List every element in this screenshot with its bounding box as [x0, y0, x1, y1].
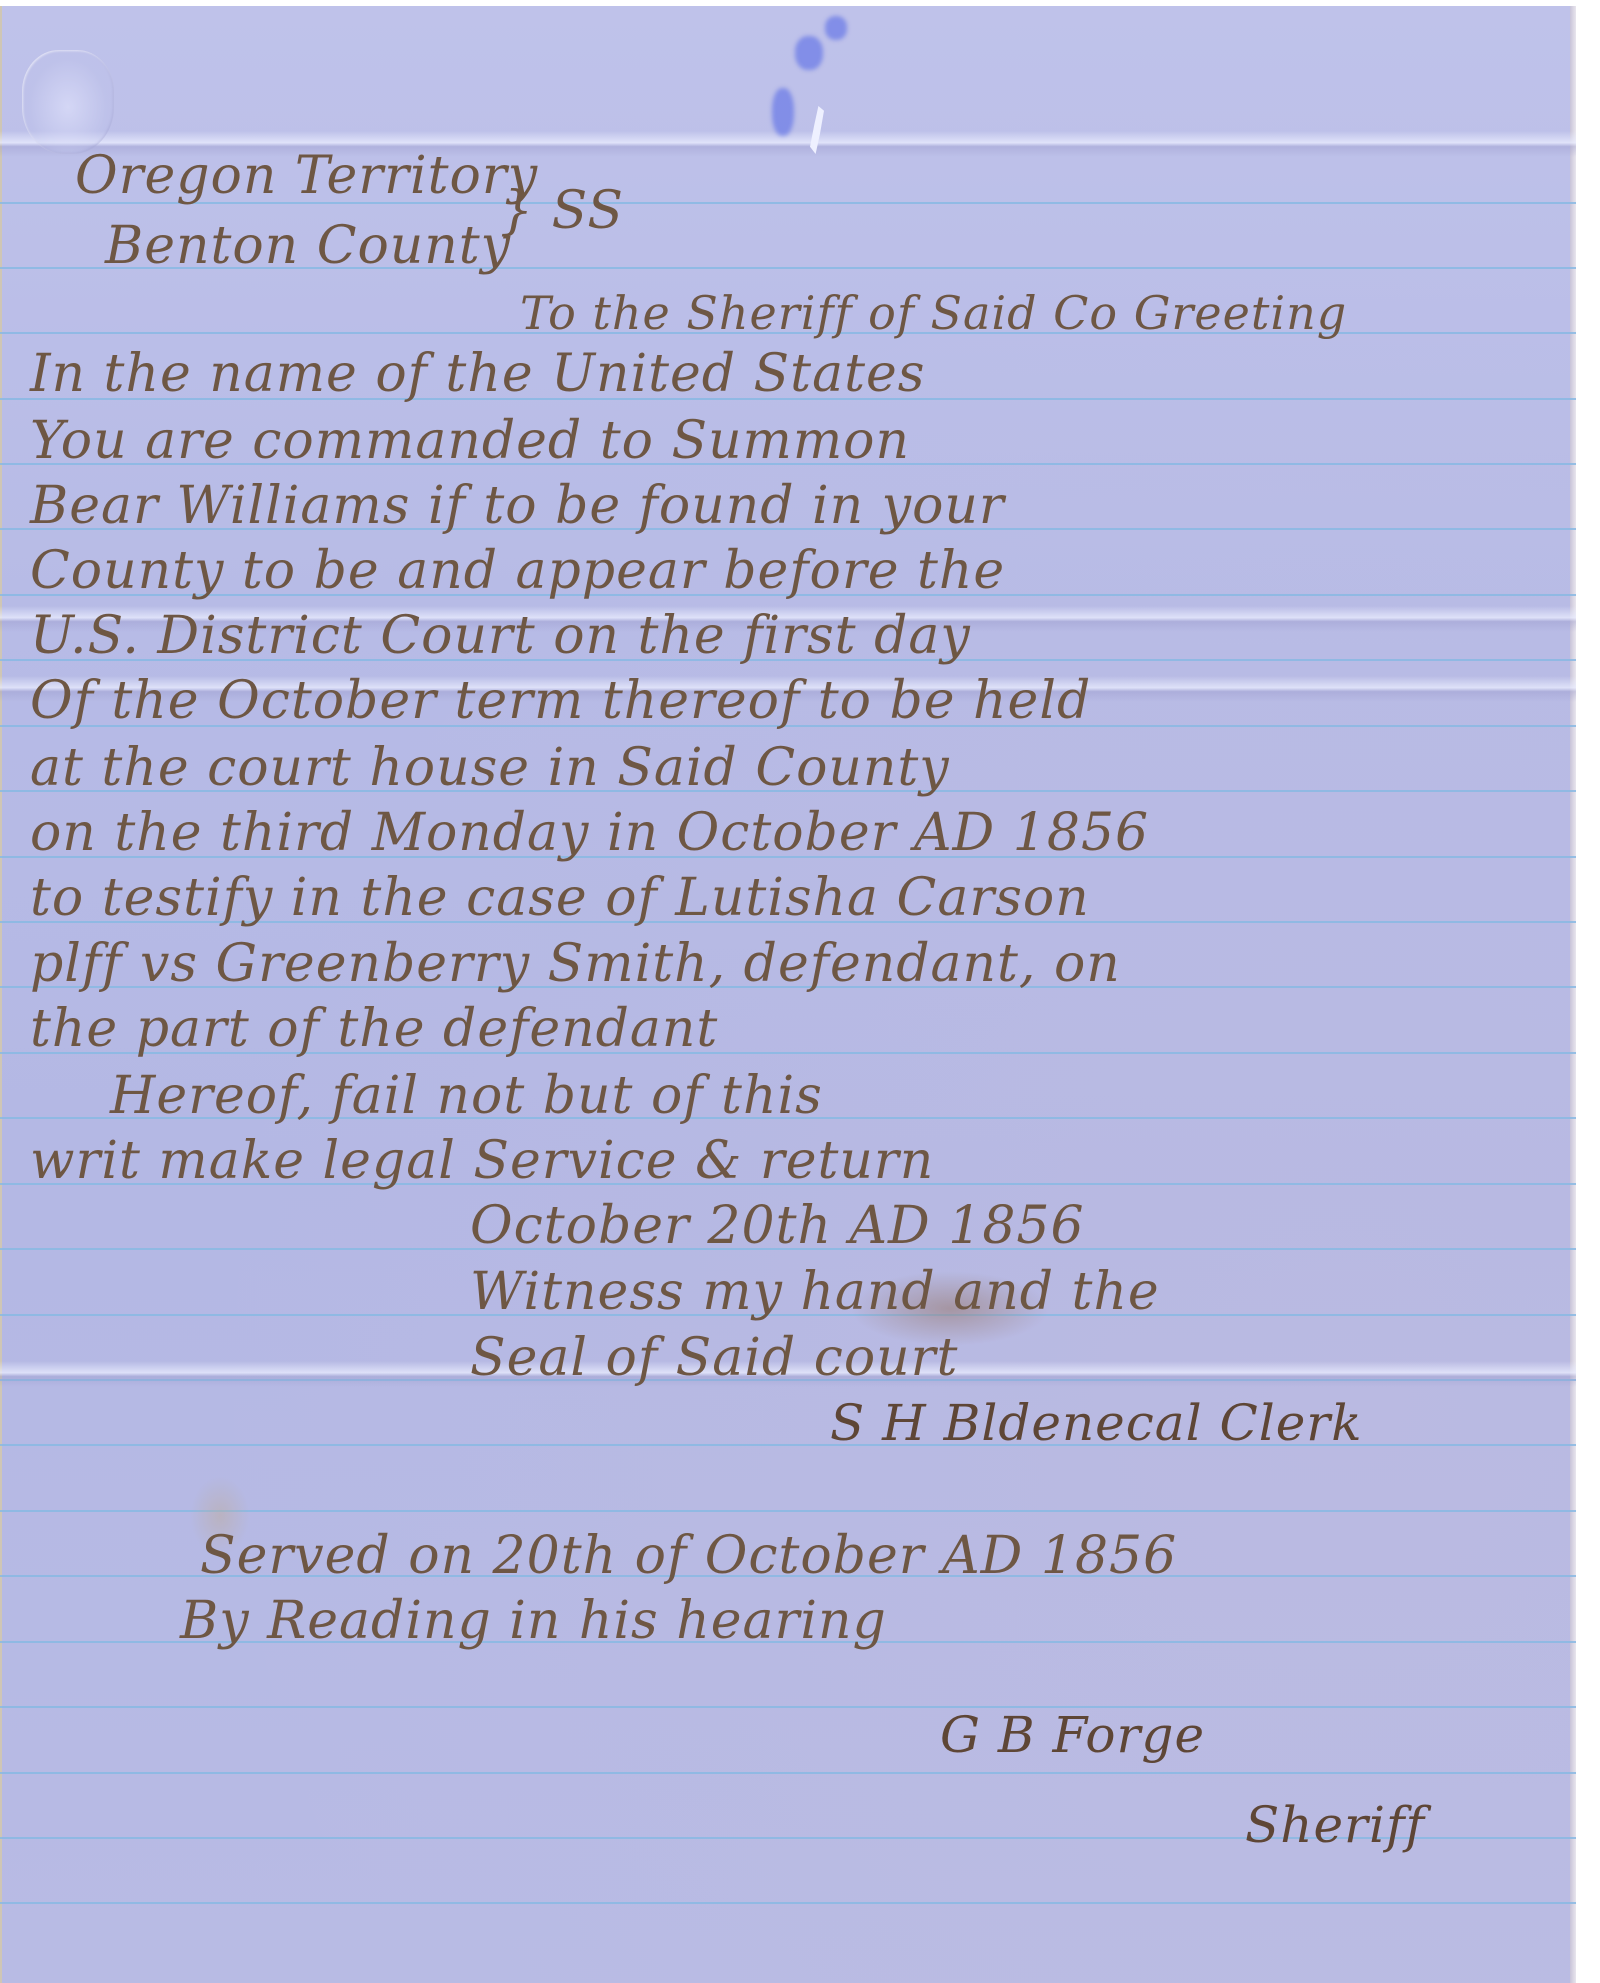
ruled-line [0, 1706, 1576, 1708]
ruled-line [0, 1772, 1576, 1774]
heading-ss: } SS [500, 181, 624, 241]
sheriff-signature: G B Forge [940, 1706, 1205, 1764]
heading-county: Benton County [105, 216, 511, 276]
body-line: Of the October term thereof to be held [30, 671, 1091, 731]
ink-blot [825, 16, 847, 40]
ruled-line [0, 1902, 1576, 1904]
document-page: Oregon Territory Benton County } SS To t… [0, 6, 1576, 1983]
body-line: U.S. District Court on the first day [30, 606, 971, 666]
ink-blot [772, 88, 794, 136]
body-line: County to be and appear before the [30, 541, 1005, 601]
body-line: In the name of the United States [30, 344, 925, 404]
ink-blot [795, 36, 823, 70]
body-line: at the court house in Said County [30, 738, 950, 798]
body-line: You are commanded to Summon [30, 411, 910, 471]
body-line: plff vs Greenberry Smith, defendant, on [30, 934, 1121, 994]
return-line: By Reading in his hearing [180, 1591, 887, 1651]
body-line: the part of the defendant [30, 999, 718, 1059]
sheriff-title: Sheriff [1245, 1796, 1425, 1854]
body-line: to testify in the case of Lutisha Carson [30, 868, 1090, 928]
closing-line: writ make legal Service & return [30, 1131, 934, 1191]
body-line: Bear Williams if to be found in your [30, 476, 1005, 536]
body-line: on the third Monday in October AD 1856 [30, 803, 1149, 863]
date-line: October 20th AD 1856 [470, 1196, 1085, 1256]
page-edge [1570, 6, 1576, 1983]
clerk-signature: S H Bldenecal Clerk [830, 1394, 1363, 1452]
closing-line: Hereof, fail not but of this [110, 1066, 823, 1126]
witness-line: Seal of Said court [470, 1328, 958, 1388]
witness-line: Witness my hand and the [470, 1262, 1160, 1322]
address-line: To the Sheriff of Said Co Greeting [520, 286, 1347, 340]
return-line: Served on 20th of October AD 1856 [200, 1526, 1177, 1586]
heading-territory: Oregon Territory [75, 146, 538, 206]
embossed-seal-icon [22, 50, 114, 154]
